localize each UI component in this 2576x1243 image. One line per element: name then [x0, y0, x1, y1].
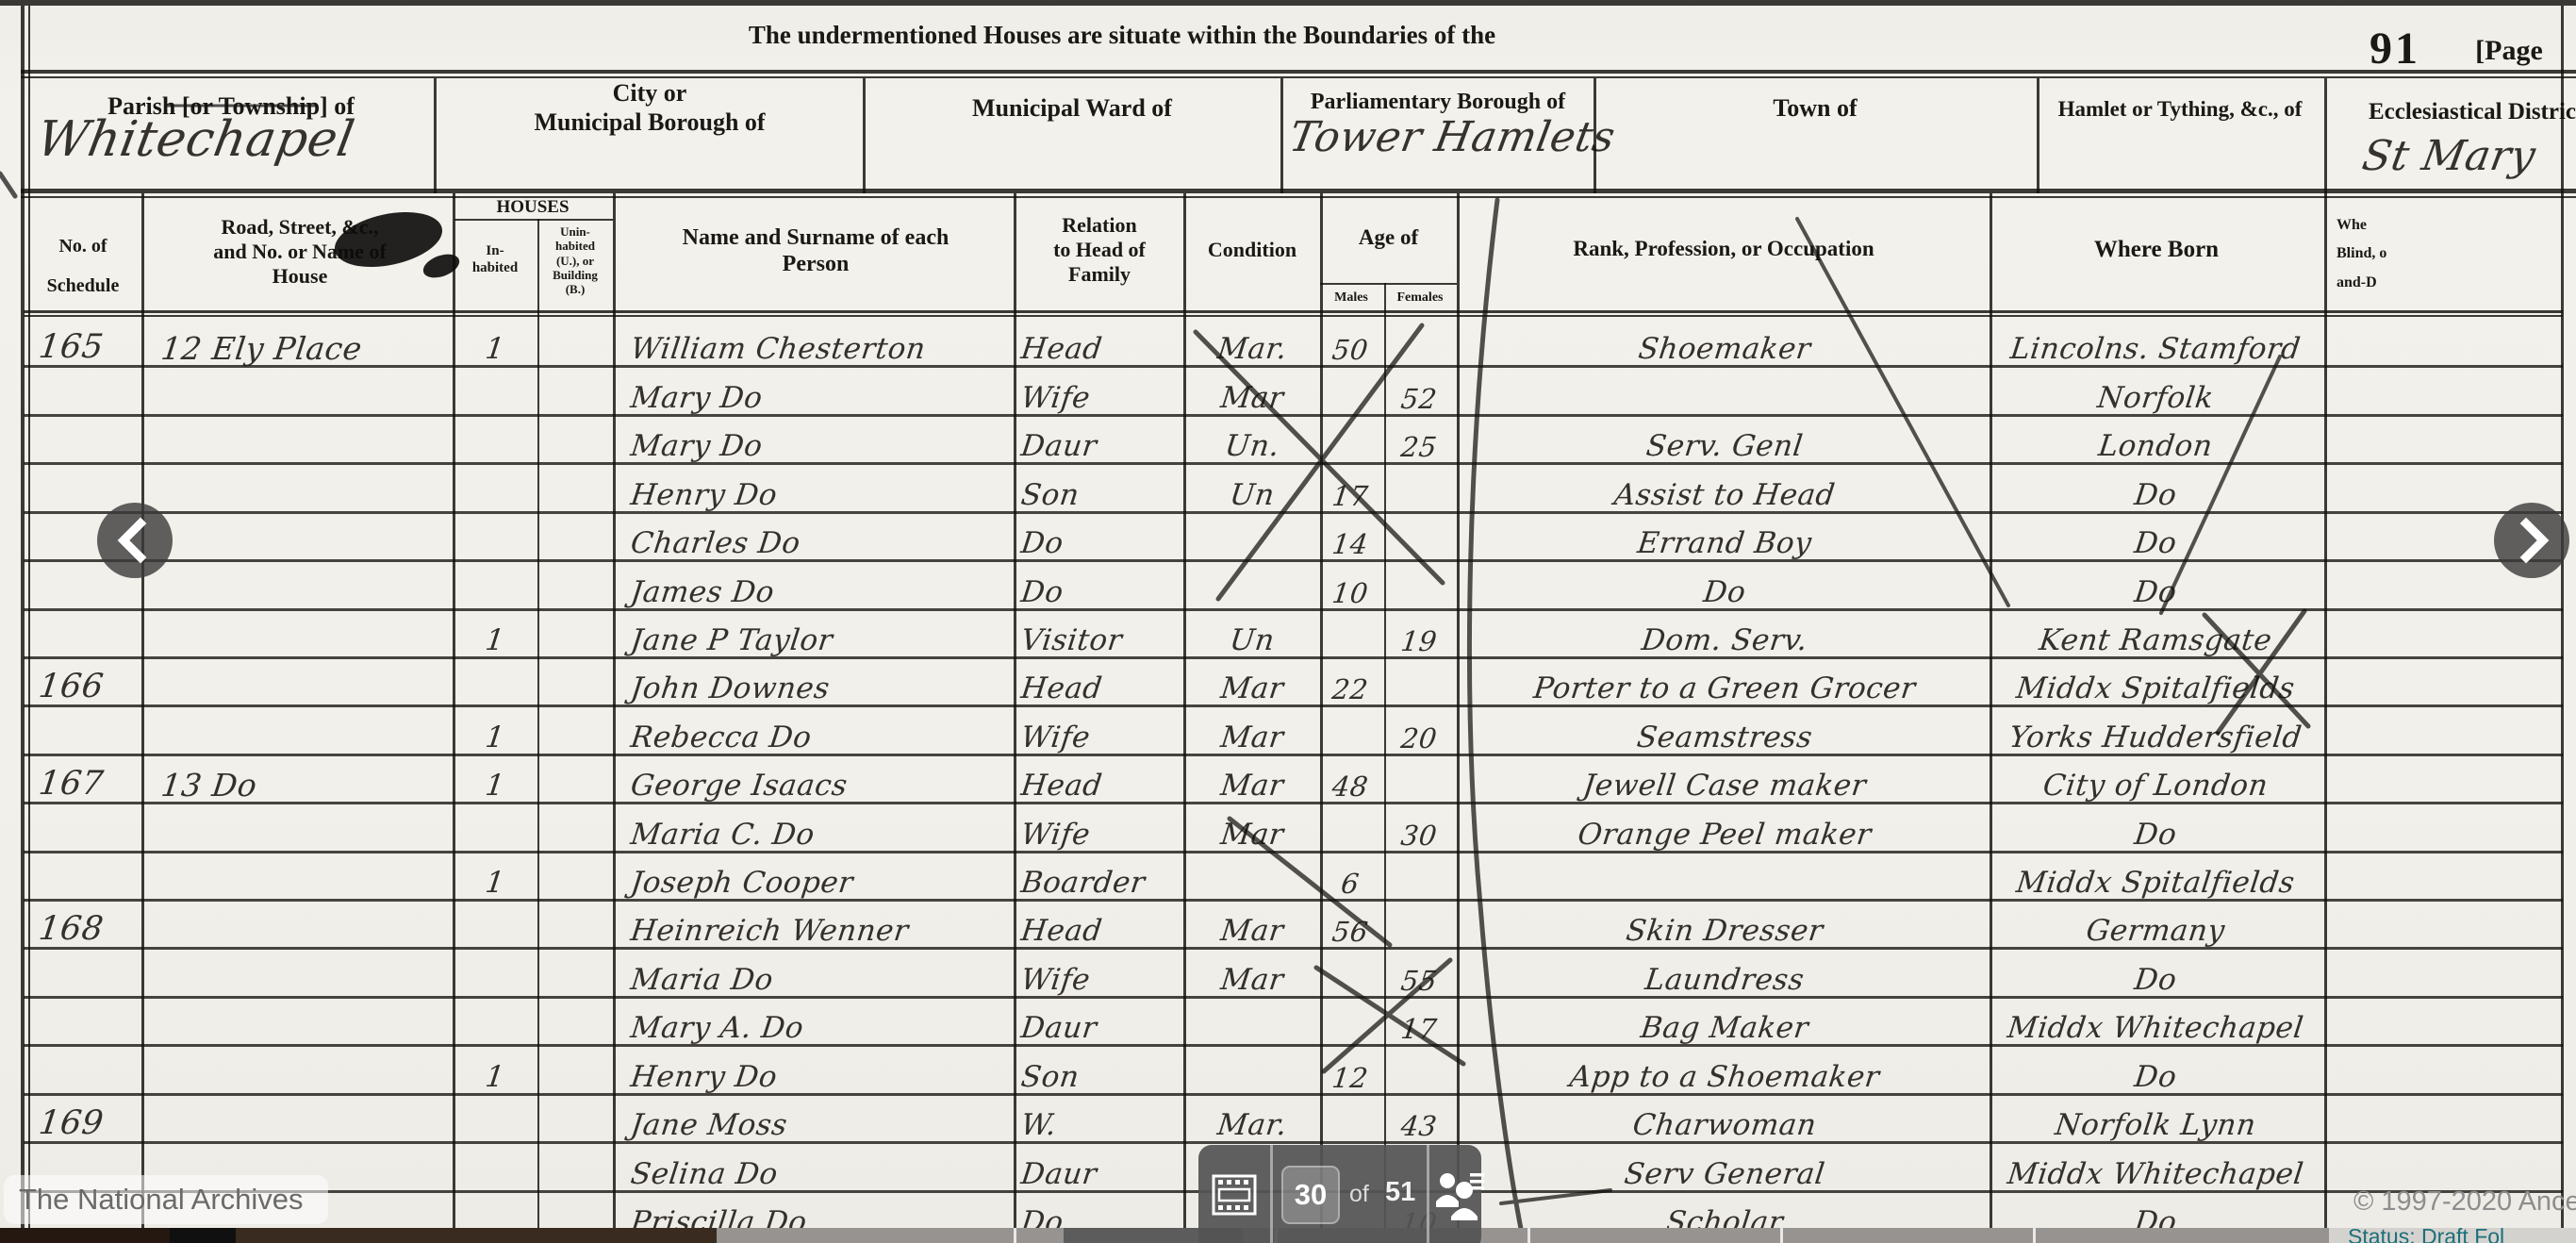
cell-road — [146, 611, 465, 655]
grid-line — [537, 219, 539, 1243]
cell-schedule — [25, 611, 156, 655]
cell-age_f: 30 — [1383, 805, 1457, 850]
cell-relation: Visitor — [1019, 611, 1183, 655]
cell-relation: Boarder — [1019, 854, 1183, 898]
cell-name: Jane P Taylor — [629, 611, 1014, 655]
page-total: 51 — [1385, 1177, 1415, 1208]
cell-road — [146, 999, 465, 1043]
cell-occupation: Assist to Head — [1468, 466, 1983, 510]
cell-road — [146, 854, 465, 898]
col-infirmity-header: Whe Blind, o and-D — [2337, 211, 2572, 297]
cell-relation: W. — [1019, 1096, 1183, 1140]
col-occupation-header: Rank, Profession, or Occupation — [1460, 236, 1988, 261]
cell-inhabited: 1 — [455, 854, 537, 898]
cell-born: Do — [1992, 514, 2320, 558]
col-relation-header: Relation to Head of Family — [1016, 213, 1182, 287]
cell-inhabited — [455, 417, 537, 461]
table-row: 1Jane P TaylorVisitorUn19Dom. Serv.Kent … — [24, 608, 2563, 659]
cell-inhabited — [455, 1145, 537, 1189]
cell-occupation: Charwoman — [1468, 1096, 1983, 1140]
cell-born: London — [1992, 417, 2320, 461]
grid-line — [1384, 283, 1386, 1243]
ecclesiastical-value: St Mary — [2359, 132, 2539, 180]
grid-line — [0, 0, 2576, 6]
cell-road — [146, 805, 465, 850]
grid-line — [2324, 78, 2327, 193]
cell-age_m: 10 — [1319, 563, 1383, 607]
cell-relation: Wife — [1019, 708, 1183, 753]
cell-relation: Head — [1019, 320, 1183, 364]
cell-schedule: 167 — [25, 756, 156, 801]
cell-age_f — [1383, 320, 1457, 364]
cell-born: Yorks Huddersfield — [1992, 708, 2320, 753]
cell-condition — [1187, 854, 1319, 898]
cell-road — [146, 1048, 465, 1092]
cell-occupation — [1468, 369, 1983, 413]
cell-relation: Daur — [1019, 999, 1183, 1043]
census-image-viewer: The undermentioned Houses are situate wi… — [0, 0, 2576, 1243]
cell-relation: Do — [1019, 514, 1183, 558]
cell-name: George Isaacs — [629, 756, 1014, 801]
cell-condition: Un — [1187, 611, 1319, 655]
col-condition-header: Condition — [1186, 238, 1318, 262]
filmstrip-segment — [0, 1228, 170, 1243]
chevron-left-icon — [97, 503, 173, 578]
cell-condition: Mar — [1187, 708, 1319, 753]
folio-number: 91 — [2338, 23, 2452, 76]
cell-occupation: Serv. Genl — [1468, 417, 1983, 461]
cell-age_f — [1383, 1048, 1457, 1092]
cell-age_f — [1383, 854, 1457, 898]
grid-line — [1014, 193, 1016, 1243]
cell-born: Kent Ramsgate — [1992, 611, 2320, 655]
toolbar-separator — [1427, 1145, 1429, 1243]
table-row: 16512 Ely Place1William ChestertonHeadMa… — [24, 317, 2563, 368]
cell-occupation: Jewell Case maker — [1468, 756, 1983, 801]
of-label: of — [1349, 1181, 1369, 1208]
cell-relation: Daur — [1019, 417, 1183, 461]
filmstrip-segment — [170, 1228, 236, 1243]
col-schedule-header: No. of Schedule — [25, 226, 140, 306]
film-status-label: Status: Draft Fol — [2348, 1224, 2504, 1243]
header-parl-borough-label: Parliamentary Borough of — [1282, 89, 1593, 115]
cell-age_m: 50 — [1319, 320, 1383, 364]
cell-road — [146, 514, 465, 558]
cell-road — [146, 659, 465, 704]
col-name-header: Name and Surname of each Person — [619, 224, 1013, 278]
col-born-header: Where Born — [1991, 236, 2321, 264]
grid-line — [454, 219, 613, 221]
filmstrip-segment — [236, 1228, 717, 1243]
header-ward-label: Municipal Ward of — [866, 94, 1279, 124]
table-row: James DoDo10DoDo — [24, 559, 2563, 610]
cell-born: Middx Whitechapel — [1992, 1145, 2320, 1189]
cell-occupation: Porter to a Green Grocer — [1468, 659, 1983, 704]
cell-inhabited — [455, 951, 537, 995]
cell-condition: Mar — [1187, 369, 1319, 413]
cell-relation: Wife — [1019, 369, 1183, 413]
table-row: Charles DoDo14Errand BoyDo — [24, 511, 2563, 562]
cell-age_m: 22 — [1319, 659, 1383, 704]
cell-condition — [1187, 563, 1319, 607]
copyright-notice: © 1997-2020 Ancestr — [2353, 1186, 2576, 1218]
cell-relation: Daur — [1019, 1145, 1183, 1189]
grid-line — [1320, 283, 1457, 285]
table-row: 168Heinreich WennerHeadMar56Skin Dresser… — [24, 899, 2563, 950]
cell-road — [146, 417, 465, 461]
cell-occupation: Shoemaker — [1468, 320, 1983, 364]
grid-line — [2037, 78, 2039, 193]
cell-inhabited — [455, 999, 537, 1043]
cell-schedule: 169 — [25, 1096, 156, 1140]
cell-relation: Head — [1019, 659, 1183, 704]
grid-line — [1320, 193, 1323, 1243]
grid-line — [21, 189, 2576, 193]
cell-age_m: 14 — [1319, 514, 1383, 558]
cell-age_m — [1319, 999, 1383, 1043]
cell-condition — [1187, 999, 1319, 1043]
cell-born: Do — [1992, 805, 2320, 850]
cell-born: Lincolns. Stamford — [1992, 320, 2320, 364]
table-row: Mary DoDaurUn.25Serv. GenlLondon — [24, 414, 2563, 465]
table-row: 166John DownesHeadMar22Porter to a Green… — [24, 656, 2563, 707]
page-number-box[interactable]: 30 — [1281, 1166, 1340, 1224]
cell-age_m — [1319, 805, 1383, 850]
document-title: The undermentioned Houses are situate wi… — [377, 21, 1867, 51]
cell-inhabited: 1 — [455, 611, 537, 655]
table-row: 1Joseph CooperBoarder6Middx Spitalfields — [24, 851, 2563, 902]
cell-age_m — [1319, 369, 1383, 413]
cell-occupation: Seamstress — [1468, 708, 1983, 753]
cell-age_f: 19 — [1383, 611, 1457, 655]
cell-relation: Son — [1019, 466, 1183, 510]
cell-road — [146, 1096, 465, 1140]
cell-age_f: 55 — [1383, 951, 1457, 995]
cell-born: Do — [1992, 951, 2320, 995]
cell-condition: Mar — [1187, 902, 1319, 946]
cell-relation: Wife — [1019, 805, 1183, 850]
cell-condition: Mar — [1187, 756, 1319, 801]
toolbar-separator — [1270, 1145, 1273, 1243]
header-town-label: Town of — [1595, 94, 2035, 124]
cell-name: Rebecca Do — [629, 708, 1014, 753]
cell-inhabited: 1 — [455, 708, 537, 753]
table-row: Henry DoSonUn17Assist to HeadDo — [24, 462, 2563, 513]
grid-line — [1457, 193, 1460, 1243]
cell-relation: Head — [1019, 756, 1183, 801]
cell-road: 12 Ely Place — [146, 320, 465, 364]
cell-born: Middx Whitechapel — [1992, 999, 2320, 1043]
cell-age_m — [1319, 951, 1383, 995]
cell-age_f — [1383, 659, 1457, 704]
cell-occupation: Dom. Serv. — [1468, 611, 1983, 655]
cell-born: Norfolk — [1992, 369, 2320, 413]
cell-inhabited — [455, 369, 537, 413]
cell-inhabited — [455, 466, 537, 510]
cell-condition: Mar — [1187, 659, 1319, 704]
cell-age_f — [1383, 563, 1457, 607]
grid-line — [613, 193, 616, 1243]
table-row: Maria C. DoWifeMar30Orange Peel makerDo — [24, 802, 2563, 853]
cell-inhabited — [455, 563, 537, 607]
cell-name: Maria Do — [629, 951, 1014, 995]
col-houses-header: HOUSES — [454, 197, 611, 218]
grid-line — [1990, 193, 1992, 1243]
grid-line — [141, 193, 144, 1243]
cell-schedule — [25, 417, 156, 461]
cell-schedule — [25, 805, 156, 850]
grid-line — [453, 193, 455, 1243]
cell-relation: Do — [1019, 563, 1183, 607]
cell-age_f: 25 — [1383, 417, 1457, 461]
cell-born: Do — [1992, 563, 2320, 607]
cell-occupation: Skin Dresser — [1468, 902, 1983, 946]
cell-born: Do — [1992, 466, 2320, 510]
cell-relation: Wife — [1019, 951, 1183, 995]
cell-condition — [1187, 514, 1319, 558]
cell-schedule: 166 — [25, 659, 156, 704]
table-row: 16713 Do1George IsaacsHeadMar48Jewell Ca… — [24, 754, 2563, 804]
col-females-header: Females — [1384, 290, 1456, 307]
col-road-header: Road, Street, &c., and No. or Name of Ho… — [149, 215, 451, 289]
cell-schedule — [25, 999, 156, 1043]
grid-line — [21, 70, 2576, 74]
cell-condition: Un — [1187, 466, 1319, 510]
cell-inhabited — [455, 514, 537, 558]
filmstrip-divider — [2033, 1228, 2036, 1243]
cell-age_f — [1383, 466, 1457, 510]
grid-line — [1183, 193, 1186, 1243]
cell-born: Middx Spitalfields — [1992, 854, 2320, 898]
cell-inhabited — [455, 659, 537, 704]
cell-age_f — [1383, 902, 1457, 946]
grid-line — [24, 310, 2563, 313]
cell-relation: Son — [1019, 1048, 1183, 1092]
grid-line — [1593, 78, 1596, 193]
cell-age_m: 6 — [1319, 854, 1383, 898]
cell-inhabited — [455, 805, 537, 850]
cell-road — [146, 951, 465, 995]
cell-condition: Mar. — [1187, 320, 1319, 364]
cell-age_f: 43 — [1383, 1096, 1457, 1140]
cell-name: Henry Do — [629, 466, 1014, 510]
cell-name: Charles Do — [629, 514, 1014, 558]
filmstrip-icon[interactable] — [1211, 1173, 1258, 1217]
cell-name: Mary A. Do — [629, 999, 1014, 1043]
cell-schedule — [25, 1048, 156, 1092]
cell-condition: Mar — [1187, 951, 1319, 995]
cell-occupation: App to a Shoemaker — [1468, 1048, 1983, 1092]
cell-schedule — [25, 854, 156, 898]
cell-occupation: Serv General — [1468, 1145, 1983, 1189]
cell-occupation: Laundress — [1468, 951, 1983, 995]
page-bracket-label: [Page — [2457, 34, 2561, 67]
col-age-header: Age of — [1320, 224, 1457, 250]
table-row: Mary DoWifeMar52Norfolk — [24, 365, 2563, 416]
table-row: Mary A. DoDaur17Bag MakerMiddx Whitechap… — [24, 996, 2563, 1047]
cell-name: Jane Moss — [629, 1096, 1014, 1140]
grid-line — [24, 315, 2563, 317]
cell-age_f: 20 — [1383, 708, 1457, 753]
cell-name: John Downes — [629, 659, 1014, 704]
cell-occupation — [1468, 854, 1983, 898]
cell-schedule — [25, 708, 156, 753]
cell-name: Joseph Cooper — [629, 854, 1014, 898]
cell-name: Heinreich Wenner — [629, 902, 1014, 946]
grid-line — [1280, 78, 1283, 193]
filmstrip-divider — [1014, 1228, 1016, 1243]
parl-borough-value: Tower Hamlets — [1286, 113, 1619, 161]
cell-name: Maria C. Do — [629, 805, 1014, 850]
grid-line — [434, 78, 437, 193]
cell-road — [146, 902, 465, 946]
cell-age_f: 17 — [1383, 999, 1457, 1043]
archive-credit: The National Archives — [4, 1175, 328, 1224]
cell-occupation: Do — [1468, 563, 1983, 607]
cell-schedule: 165 — [25, 320, 156, 364]
cell-inhabited — [455, 902, 537, 946]
cell-born: Middx Spitalfields — [1992, 659, 2320, 704]
cell-age_m: 17 — [1319, 466, 1383, 510]
cell-age_m: 12 — [1319, 1048, 1383, 1092]
grid-line — [863, 78, 866, 193]
cell-age_m — [1319, 708, 1383, 753]
header-city-borough-label: City or Municipal Borough of — [438, 79, 861, 137]
cell-schedule — [25, 951, 156, 995]
cell-name: Mary Do — [629, 417, 1014, 461]
cell-condition: Mar — [1187, 805, 1319, 850]
next-image-button[interactable] — [2494, 503, 2569, 578]
cell-road — [146, 563, 465, 607]
cell-inhabited: 1 — [455, 320, 537, 364]
cell-born: Germany — [1992, 902, 2320, 946]
cell-age_m: 56 — [1319, 902, 1383, 946]
cell-age_m: 48 — [1319, 756, 1383, 801]
cell-condition: Mar. — [1187, 1096, 1319, 1140]
grid-line — [2324, 193, 2327, 1243]
cell-inhabited: 1 — [455, 756, 537, 801]
cell-occupation: Errand Boy — [1468, 514, 1983, 558]
cell-inhabited: 1 — [455, 1048, 537, 1092]
cell-name: William Chesterton — [629, 320, 1014, 364]
cell-road — [146, 369, 465, 413]
prev-image-button[interactable] — [97, 503, 173, 578]
cell-age_f: 52 — [1383, 369, 1457, 413]
header-ecclesiastical-label: Ecclesiastical Distric — [2331, 98, 2576, 126]
chevron-right-icon — [2494, 503, 2569, 578]
cell-occupation: Orange Peel maker — [1468, 805, 1983, 850]
cell-age_m — [1319, 611, 1383, 655]
image-toolbar[interactable]: 30 of 51 — [1198, 1145, 1481, 1243]
parish-value: Whitechapel — [33, 111, 359, 168]
cell-name: James Do — [629, 563, 1014, 607]
cell-road — [146, 466, 465, 510]
cell-born: City of London — [1992, 756, 2320, 801]
cell-road — [146, 708, 465, 753]
cell-age_m — [1319, 417, 1383, 461]
cell-name: Selina Do — [629, 1145, 1014, 1189]
cell-road: 13 Do — [146, 756, 465, 801]
table-row: 1Rebecca DoWifeMar20SeamstressYorks Hudd… — [24, 704, 2563, 755]
col-uninhabited-header: Unin- habited (U.), or Building (B.) — [539, 224, 611, 297]
cell-age_f — [1383, 756, 1457, 801]
filmstrip-divider — [1780, 1228, 1783, 1243]
cell-born: Norfolk Lynn — [1992, 1096, 2320, 1140]
cell-name: Mary Do — [629, 369, 1014, 413]
table-row: 1Henry DoSon12App to a ShoemakerDo — [24, 1044, 2563, 1095]
col-males-header: Males — [1320, 290, 1382, 307]
cell-condition: Un. — [1187, 417, 1319, 461]
col-inhabited-header: In- habited — [454, 243, 536, 276]
cell-schedule: 168 — [25, 902, 156, 946]
census-table: 16512 Ely Place1William ChestertonHeadMa… — [0, 317, 2576, 1243]
table-row: Maria DoWifeMar55LaundressDo — [24, 947, 2563, 998]
cell-born: Do — [1992, 1048, 2320, 1092]
filmstrip-divider — [1527, 1228, 1530, 1243]
cell-age_m — [1319, 1096, 1383, 1140]
cell-age_f — [1383, 514, 1457, 558]
cell-name: Henry Do — [629, 1048, 1014, 1092]
cell-relation: Head — [1019, 902, 1183, 946]
grid-line — [21, 76, 2576, 78]
index-people-icon[interactable] — [1436, 1169, 1485, 1220]
grid-line — [21, 196, 2576, 198]
cell-inhabited — [455, 1096, 537, 1140]
cell-condition — [1187, 1048, 1319, 1092]
cell-schedule — [25, 369, 156, 413]
cell-occupation: Bag Maker — [1468, 999, 1983, 1043]
header-hamlet-label: Hamlet or Tything, &c., of — [2039, 96, 2321, 122]
table-row: 169Jane MossW.Mar.43CharwomanNorfolk Lyn… — [24, 1093, 2563, 1144]
